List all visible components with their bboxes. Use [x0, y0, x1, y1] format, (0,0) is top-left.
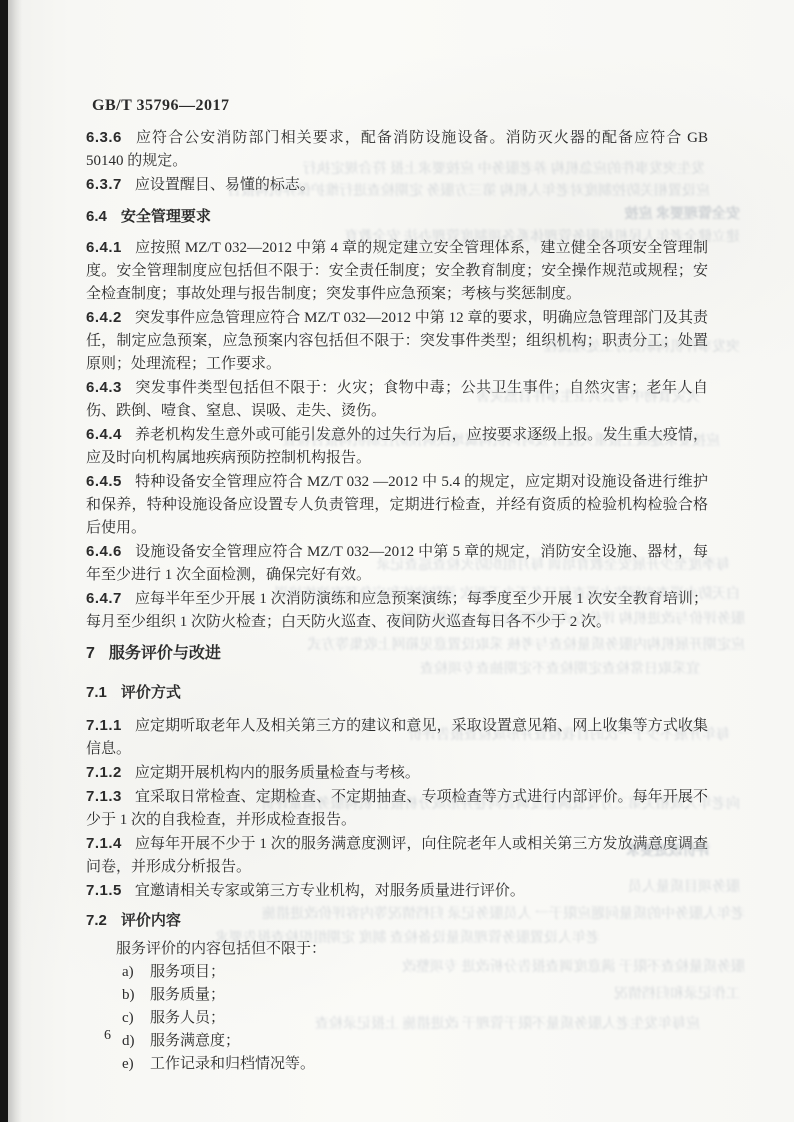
clause-number: 6.4.4 [86, 426, 122, 443]
list-item-c: c)服务人员； [86, 1007, 708, 1030]
clause-number: 7.1.5 [86, 882, 122, 899]
clause-number: 6.4.5 [86, 473, 122, 490]
clause-number: 6.4.3 [86, 379, 122, 396]
heading-chapter-7: 7服务评价与改进 [86, 642, 708, 665]
list-marker: e) [122, 1053, 136, 1076]
evaluation-content-intro: 服务评价的内容包括但不限于： [86, 938, 708, 961]
clause-text: 突发事件应急管理应符合 MZ/T 032—2012 中第 12 章的要求，明确应… [86, 310, 708, 372]
clause-text: 养老机构发生意外或可能引发意外的过失行为后，应按要求逐级上报。发生重大疫情，应及… [86, 427, 708, 466]
list-marker: a) [122, 961, 136, 984]
list-text: 服务项目； [150, 964, 225, 980]
clause-6-4-3: 6.4.3突发事件类型包括但不限于：火灾；食物中毒；公共卫生事件；自然灾害；老年… [86, 376, 708, 423]
clause-number: 6.4.2 [86, 309, 122, 326]
heading-6-4: 6.4安全管理要求 [86, 205, 708, 228]
scan-edge-gradient [8, 0, 22, 1122]
list-item-d: d)服务满意度； [86, 1030, 708, 1053]
list-marker: d) [122, 1030, 136, 1053]
heading-number: 7.1 [86, 684, 107, 701]
list-marker: c) [122, 1007, 136, 1030]
clause-number: 7.1.4 [86, 835, 122, 852]
list-item-e: e)工作记录和归档情况等。 [86, 1053, 708, 1076]
heading-7-1: 7.1评价方式 [86, 681, 708, 704]
clause-text: 宜采取日常检查、定期检查、不定期抽查、专项检查等方式进行内部评价。每年开展不少于… [86, 789, 708, 828]
list-text: 服务满意度； [150, 1033, 240, 1049]
heading-text: 服务评价与改进 [109, 645, 221, 662]
list-text: 服务质量； [150, 987, 225, 1003]
scan-page: GB/T 35796—2017 6.3.6应符合公安消防部门相关要求，配备消防设… [0, 0, 794, 1122]
heading-number: 6.4 [86, 208, 107, 225]
clause-text: 突发事件类型包括但不限于：火灾；食物中毒；公共卫生事件；自然灾害；老年人自伤、跌… [86, 380, 708, 419]
clause-6-4-7: 6.4.7应每半年至少开展 1 次消防演练和应急预案演练；每季度至少开展 1 次… [86, 587, 708, 634]
clause-text: 特种设备安全管理应符合 MZ/T 032 —2012 中 5.4 的规定，应定期… [86, 474, 708, 536]
list-item-a: a)服务项目； [86, 961, 708, 984]
clause-text: 宜邀请相关专家或第三方专业机构，对服务质量进行评价。 [135, 883, 525, 899]
clause-number: 6.4.6 [86, 543, 122, 560]
list-item-b: b)服务质量； [86, 984, 708, 1007]
clause-number: 7.1.3 [86, 788, 122, 805]
page-number: 6 [104, 1026, 111, 1046]
clause-7-1-5: 7.1.5宜邀请相关专家或第三方专业机构，对服务质量进行评价。 [86, 879, 708, 903]
heading-number: 7 [86, 645, 95, 662]
clause-6-4-4: 6.4.4养老机构发生意外或可能引发意外的过失行为后，应按要求逐级上报。发生重大… [86, 423, 708, 470]
clause-number: 6.3.6 [86, 129, 122, 146]
clause-7-1-2: 7.1.2应定期开展机构内的服务质量检查与考核。 [86, 761, 708, 785]
clause-6-4-6: 6.4.6设施设备安全管理应符合 MZ/T 032—2012 中第 5 章的规定… [86, 540, 708, 587]
clause-6-3-7: 6.3.7应设置醒目、易懂的标志。 [86, 173, 708, 197]
clause-text: 应按照 MZ/T 032—2012 中第 4 章的规定建立安全管理体系，建立健全… [86, 240, 708, 302]
list-text: 服务人员； [150, 1010, 225, 1026]
heading-text: 安全管理要求 [121, 208, 211, 225]
clause-6-4-2: 6.4.2突发事件应急管理应符合 MZ/T 032—2012 中第 12 章的要… [86, 306, 708, 376]
clause-text: 应定期开展机构内的服务质量检查与考核。 [135, 765, 420, 781]
clause-text: 应符合公安消防部门相关要求，配备消防设施设备。消防灭火器的配备应符合 GB 50… [86, 130, 708, 169]
heading-text: 评价内容 [121, 912, 181, 929]
clause-text: 应每年开展不少于 1 次的服务满意度测评，向住院老年人或相关第三方发放满意度调查… [86, 836, 708, 875]
clause-number: 6.4.1 [86, 239, 122, 256]
clause-text: 应每半年至少开展 1 次消防演练和应急预案演练；每季度至少开展 1 次安全教育培… [86, 591, 708, 630]
clause-6-4-5: 6.4.5特种设备安全管理应符合 MZ/T 032 —2012 中 5.4 的规… [86, 470, 708, 540]
clause-text: 设施设备安全管理应符合 MZ/T 032—2012 中第 5 章的规定，消防安全… [86, 544, 708, 583]
document-body: GB/T 35796—2017 6.3.6应符合公安消防部门相关要求，配备消防设… [86, 94, 708, 1076]
standard-code-header: GB/T 35796—2017 [92, 94, 708, 117]
clause-7-1-1: 7.1.1应定期听取老年人及相关第三方的建议和意见，采取设置意见箱、网上收集等方… [86, 714, 708, 761]
heading-7-2: 7.2评价内容 [86, 909, 708, 932]
clause-number: 6.3.7 [86, 176, 122, 193]
list-text: 工作记录和归档情况等。 [150, 1056, 315, 1072]
clause-7-1-4: 7.1.4应每年开展不少于 1 次的服务满意度测评，向住院老年人或相关第三方发放… [86, 832, 708, 879]
clause-6-4-1: 6.4.1应按照 MZ/T 032—2012 中第 4 章的规定建立安全管理体系… [86, 236, 708, 306]
clause-number: 6.4.7 [86, 590, 122, 607]
heading-number: 7.2 [86, 912, 107, 929]
clause-number: 7.1.2 [86, 764, 122, 781]
clause-number: 7.1.1 [86, 717, 122, 734]
list-marker: b) [122, 984, 136, 1007]
heading-text: 评价方式 [121, 684, 181, 701]
clause-7-1-3: 7.1.3宜采取日常检查、定期检查、不定期抽查、专项检查等方式进行内部评价。每年… [86, 785, 708, 832]
scan-edge-shadow [0, 0, 8, 1122]
clause-6-3-6: 6.3.6应符合公安消防部门相关要求，配备消防设施设备。消防灭火器的配备应符合 … [86, 126, 708, 173]
clause-text: 应定期听取老年人及相关第三方的建议和意见，采取设置意见箱、网上收集等方式收集信息… [86, 718, 708, 757]
clause-text: 应设置醒目、易懂的标志。 [135, 177, 315, 193]
